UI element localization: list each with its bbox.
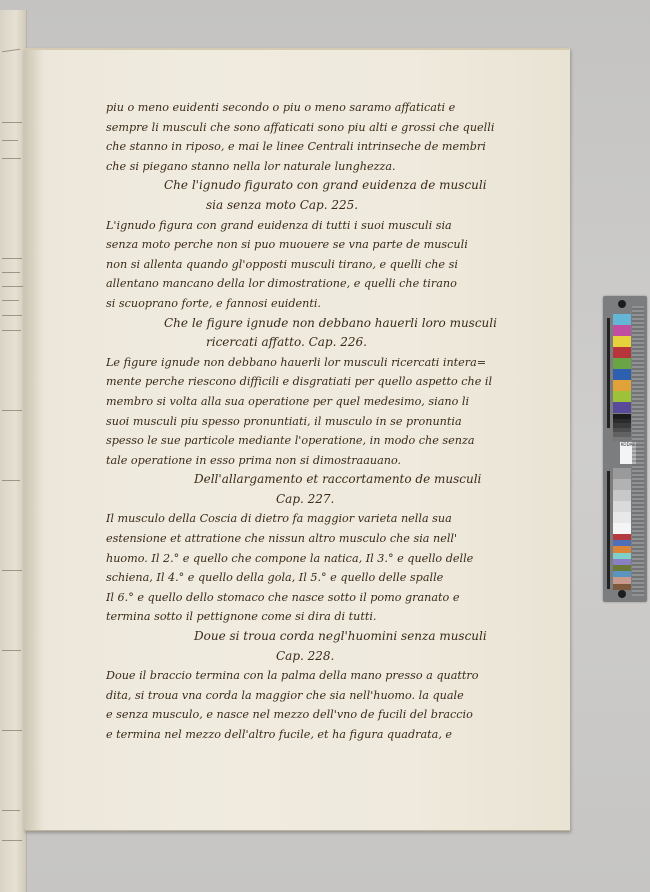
color-swatch [613,501,631,512]
text-line: dita, si troua vna corda la maggior che … [106,686,536,706]
target-hole-icon [618,590,626,598]
text-line: che si piegano stanno nella lor naturale… [106,157,536,177]
text-line: allentano mancano della lor dimostration… [106,274,536,294]
chapter-number: sia senza moto Cap. 225. [106,196,536,216]
manuscript-page: piu o meno euidenti secondo o piu o meno… [24,48,570,831]
color-swatch [613,512,631,523]
text-line: Il musculo della Coscia di dietro fa mag… [106,509,536,529]
text-line: L'ignudo figura con grand euidenza di tu… [106,216,536,236]
text-line: che stanno in riposo, e mai le linee Cen… [106,137,536,157]
color-swatch [613,479,631,490]
color-swatch [613,391,631,402]
color-swatch [613,347,631,358]
color-swatch [613,437,631,442]
color-swatch-strip-top [613,314,631,413]
text-line: e senza musculo, e nasce nel mezzo dell'… [106,705,536,725]
text-line: Doue il braccio termina con la palma del… [106,666,536,686]
text-line: sempre li musculi che sono affaticati so… [106,118,536,138]
color-swatch [613,380,631,391]
color-swatch [613,325,631,336]
color-swatch [613,314,631,325]
text-line: Le figure ignude non debbano hauerli lor… [106,353,536,373]
chapter-heading: Dell'allargamento et raccortamento de mu… [106,470,536,490]
text-line: mente perche riescono difficili e disgra… [106,372,536,392]
chapter-heading: Che le figure ignude non debbano hauerli… [106,314,536,334]
text-line: spesso le sue particole mediante l'opera… [106,431,536,451]
text-line: senza moto perche non si puo muouere se … [106,235,536,255]
chapter-number: ricercati affatto. Cap. 226. [106,333,536,353]
text-line: termina sotto il pettignone come si dira… [106,607,536,627]
color-swatch [613,584,631,590]
chapter-heading: Che l'ignudo figurato con grand euidenza… [106,176,536,196]
color-swatch [613,369,631,380]
text-line: membro si volta alla sua operatione per … [106,392,536,412]
text-line: schiena, Il 4.° e quello della gola, Il … [106,568,536,588]
text-line: si scuoprano forte, e fannosi euidenti. [106,294,536,314]
left-facing-page-edge [0,10,27,892]
text-line: huomo. Il 2.° e quello che compone la na… [106,549,536,569]
text-line: non si allenta quando gl'opposti musculi… [106,255,536,275]
text-line: estensione et attratione che nissun altr… [106,529,536,549]
manuscript-text: piu o meno euidenti secondo o piu o meno… [106,98,536,745]
color-swatch [613,358,631,369]
color-swatch [613,490,631,501]
chapter-number: Cap. 227. [106,490,536,510]
target-hole-icon [618,300,626,308]
text-line: tale operatione in esso prima non si dim… [106,451,536,471]
target-ruler-scale [632,306,644,596]
color-swatch [613,468,631,479]
color-calibration-target: KODAK [603,296,647,602]
color-swatch [613,523,631,534]
chapter-number: Cap. 228. [106,647,536,667]
color-swatch [613,402,631,413]
text-line: suoi musculi piu spesso pronuntiati, il … [106,412,536,432]
color-swatch [613,336,631,347]
text-line: Il 6.° e quello dello stomaco che nasce … [106,588,536,608]
chapter-heading: Doue si troua corda negl'huomini senza m… [106,627,536,647]
text-line: piu o meno euidenti secondo o piu o meno… [106,98,536,118]
color-swatch-strip-bottom [613,534,631,590]
gray-scale-strip [613,414,631,441]
text-line: e termina nel mezzo dell'altro fucile, e… [106,725,536,745]
gray-scale-light-strip [613,468,631,534]
